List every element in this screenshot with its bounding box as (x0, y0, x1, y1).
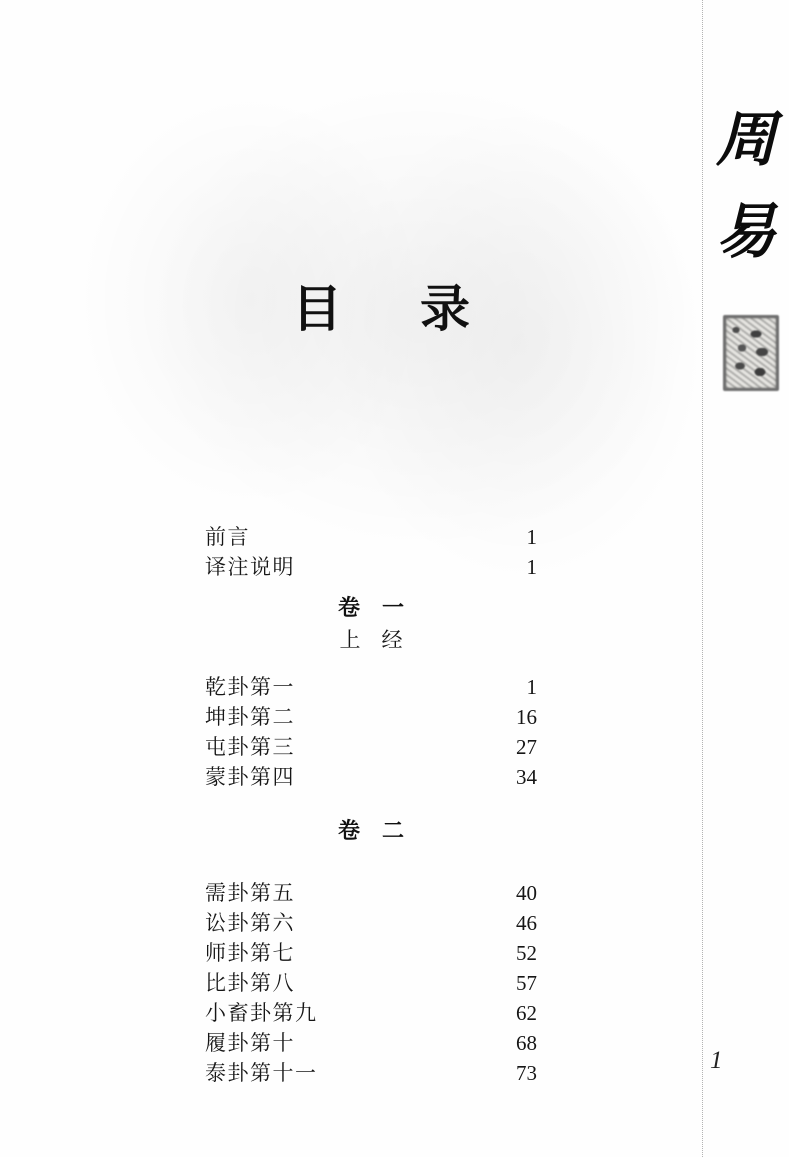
toc-entry-label: 坤卦第二 (205, 702, 295, 732)
toc-entry-label: 前言 (205, 523, 250, 553)
toc-entry-label: 讼卦第六 (205, 908, 295, 938)
folio-page-number: 1 (710, 1046, 750, 1076)
brush-character-zhou: 周 (703, 96, 789, 188)
toc-entry-label: 比卦第八 (205, 968, 295, 998)
toc-entry: 乾卦第一 1 (205, 672, 537, 702)
toc-entry: 比卦第八 57 (205, 968, 537, 998)
toc-entry: 小畜卦第九 62 (205, 998, 537, 1028)
toc-entry-label: 屯卦第三 (205, 732, 295, 762)
toc-entry: 需卦第五 40 (205, 878, 537, 908)
toc-entry-label: 蒙卦第四 (205, 762, 295, 792)
toc-entry-label: 履卦第十 (205, 1028, 295, 1058)
toc-entry-page: 40 (516, 878, 537, 908)
toc-entry-page: 1 (527, 672, 538, 702)
toc-entry-label: 小畜卦第九 (205, 998, 318, 1028)
publisher-seal-stamp (723, 315, 779, 391)
toc-entry-page: 1 (527, 523, 538, 553)
scanned-book-page: 目 录 前言 1 译注说明 1 卷 一 上 经 乾卦第一 1 坤卦第二 16 屯… (0, 0, 789, 1157)
toc-entry-page: 68 (516, 1028, 537, 1058)
toc-entry-label: 师卦第七 (205, 938, 295, 968)
toc-entry-page: 57 (516, 968, 537, 998)
toc-entry: 坤卦第二 16 (205, 702, 537, 732)
toc-entry: 师卦第七 52 (205, 938, 537, 968)
toc-entry-page: 34 (516, 762, 537, 792)
toc-entry: 译注说明 1 (205, 553, 537, 583)
toc-entry: 蒙卦第四 34 (205, 762, 537, 792)
toc-entry: 屯卦第三 27 (205, 732, 537, 762)
page-title: 目 录 (0, 283, 702, 335)
toc-entry-label: 译注说明 (205, 553, 295, 583)
book-title-calligraphy: 周 易 (703, 96, 789, 280)
toc-entry: 泰卦第十一 73 (205, 1058, 537, 1088)
brush-character-yi: 易 (703, 188, 789, 280)
toc-entry-label: 需卦第五 (205, 878, 295, 908)
section-heading-volume-2: 卷 二 (205, 819, 537, 843)
toc-entry-page: 1 (527, 553, 538, 583)
toc-entry-page: 16 (516, 702, 537, 732)
toc-entry: 讼卦第六 46 (205, 908, 537, 938)
toc-entry-page: 73 (516, 1058, 537, 1088)
toc-entry-page: 52 (516, 938, 537, 968)
toc-entry-page: 27 (516, 732, 537, 762)
toc-entry: 前言 1 (205, 523, 537, 553)
toc-entry-page: 46 (516, 908, 537, 938)
toc-entry-page: 62 (516, 998, 537, 1028)
toc-entries-volume-1: 乾卦第一 1 坤卦第二 16 屯卦第三 27 蒙卦第四 34 (205, 672, 537, 792)
section-heading-volume-1: 卷 一 (205, 596, 537, 620)
toc-entry-label: 泰卦第十一 (205, 1058, 318, 1088)
section-subheading-upper-classic: 上 经 (205, 628, 537, 652)
toc-entry: 履卦第十 68 (205, 1028, 537, 1058)
toc-entries-volume-2: 需卦第五 40 讼卦第六 46 师卦第七 52 比卦第八 57 小畜卦第九 62… (205, 878, 537, 1088)
toc-front-matter: 前言 1 译注说明 1 (205, 523, 537, 582)
toc-entry-label: 乾卦第一 (205, 672, 295, 702)
